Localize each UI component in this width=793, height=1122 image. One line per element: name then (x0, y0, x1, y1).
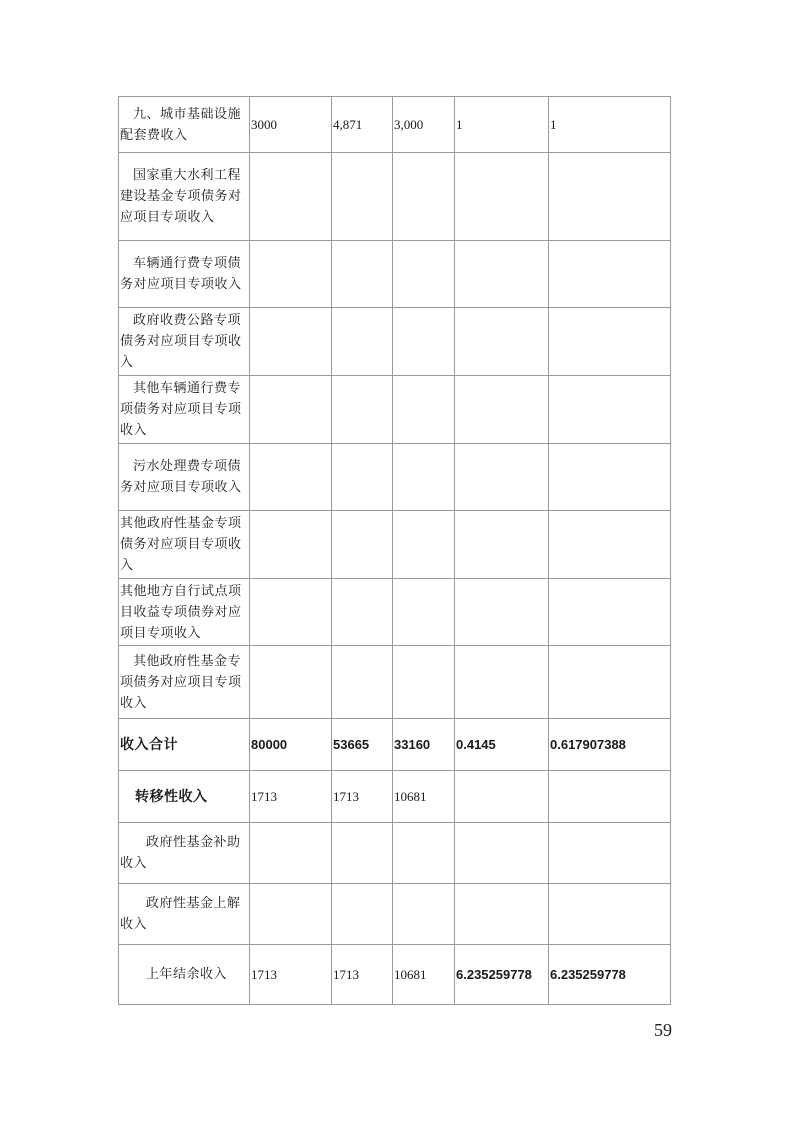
cell-col1 (250, 823, 332, 884)
cell-col2 (332, 511, 393, 579)
row-label: 其他车辆通行费专项债务对应项目专项收入 (119, 376, 250, 444)
cell-col1: 1713 (250, 945, 332, 1005)
cell-col3 (393, 511, 455, 579)
cell-col4 (455, 308, 549, 376)
table-row: 其他政府性基金专项债务对应项目专项收入 (119, 511, 671, 579)
cell-col3 (393, 153, 455, 241)
row-label: 污水处理费专项债务对应项目专项收入 (119, 444, 250, 511)
row-label: 九、城市基础设施配套费收入 (119, 97, 250, 153)
cell-col2: 4,871 (332, 97, 393, 153)
cell-col4 (455, 444, 549, 511)
table-row: 车辆通行费专项债务对应项目专项收入 (119, 241, 671, 308)
table-row: 上年结余收入 1713 1713 10681 6.235259778 6.235… (119, 945, 671, 1005)
cell-col4 (455, 241, 549, 308)
cell-col3 (393, 646, 455, 719)
cell-col1: 3000 (250, 97, 332, 153)
cell-col2: 1713 (332, 945, 393, 1005)
cell-col2 (332, 884, 393, 945)
page-number: 59 (654, 1020, 672, 1041)
cell-col5 (549, 376, 671, 444)
cell-col3: 10681 (393, 945, 455, 1005)
cell-col1: 1713 (250, 771, 332, 823)
cell-col3: 10681 (393, 771, 455, 823)
row-label: 政府性基金上解收入 (119, 884, 250, 945)
cell-col1 (250, 884, 332, 945)
cell-col5 (549, 823, 671, 884)
cell-col4 (455, 823, 549, 884)
table-row: 政府收费公路专项债务对应项目专项收入 (119, 308, 671, 376)
transfer-income-label: 转移性收入 (119, 771, 250, 823)
cell-col2 (332, 444, 393, 511)
total-col5: 0.617907388 (549, 719, 671, 771)
cell-col2: 1713 (332, 771, 393, 823)
cell-col5 (549, 308, 671, 376)
cell-col5: 1 (549, 97, 671, 153)
cell-col4 (455, 153, 549, 241)
cell-col4 (455, 511, 549, 579)
cell-col4 (455, 376, 549, 444)
table-row: 转移性收入 1713 1713 10681 (119, 771, 671, 823)
table-row: 政府性基金上解收入 (119, 884, 671, 945)
table-row: 政府性基金补助收入 (119, 823, 671, 884)
cell-col3 (393, 884, 455, 945)
total-col1: 80000 (250, 719, 332, 771)
cell-col3 (393, 823, 455, 884)
cell-col3: 3,000 (393, 97, 455, 153)
table-row: 国家重大水利工程建设基金专项债务对应项目专项收入 (119, 153, 671, 241)
cell-col4 (455, 884, 549, 945)
cell-col2 (332, 308, 393, 376)
row-label: 其他政府性基金专项债务对应项目专项收入 (119, 646, 250, 719)
cell-col4 (455, 579, 549, 646)
row-label: 上年结余收入 (119, 945, 250, 1005)
cell-col1 (250, 376, 332, 444)
table-row: 其他政府性基金专项债务对应项目专项收入 (119, 646, 671, 719)
cell-col1 (250, 579, 332, 646)
cell-col3 (393, 579, 455, 646)
cell-col1 (250, 646, 332, 719)
cell-col5 (549, 579, 671, 646)
cell-col2 (332, 646, 393, 719)
row-label: 政府收费公路专项债务对应项目专项收入 (119, 308, 250, 376)
cell-col3 (393, 308, 455, 376)
total-col4: 0.4145 (455, 719, 549, 771)
cell-col5 (549, 153, 671, 241)
revenue-table: 九、城市基础设施配套费收入 3000 4,871 3,000 1 1 国家重大水… (118, 96, 671, 1005)
total-col2: 53665 (332, 719, 393, 771)
cell-col5 (549, 646, 671, 719)
cell-col1 (250, 444, 332, 511)
cell-col3 (393, 376, 455, 444)
total-label: 收入合计 (119, 719, 250, 771)
cell-col5 (549, 511, 671, 579)
cell-col3 (393, 444, 455, 511)
table-row: 其他车辆通行费专项债务对应项目专项收入 (119, 376, 671, 444)
cell-col2 (332, 153, 393, 241)
row-label: 其他政府性基金专项债务对应项目专项收入 (119, 511, 250, 579)
table-row-total: 收入合计 80000 53665 33160 0.4145 0.61790738… (119, 719, 671, 771)
cell-col2 (332, 823, 393, 884)
cell-col5 (549, 241, 671, 308)
table-row: 污水处理费专项债务对应项目专项收入 (119, 444, 671, 511)
cell-col1 (250, 153, 332, 241)
row-label: 其他地方自行试点项目收益专项债券对应项目专项收入 (119, 579, 250, 646)
cell-col5 (549, 444, 671, 511)
cell-col1 (250, 511, 332, 579)
table-row: 其他地方自行试点项目收益专项债券对应项目专项收入 (119, 579, 671, 646)
cell-col5: 6.235259778 (549, 945, 671, 1005)
cell-col2 (332, 579, 393, 646)
cell-col4 (455, 771, 549, 823)
cell-col1 (250, 308, 332, 376)
cell-col2 (332, 376, 393, 444)
cell-col4 (455, 646, 549, 719)
cell-col5 (549, 884, 671, 945)
cell-col3 (393, 241, 455, 308)
cell-col2 (332, 241, 393, 308)
cell-col1 (250, 241, 332, 308)
table-row: 九、城市基础设施配套费收入 3000 4,871 3,000 1 1 (119, 97, 671, 153)
row-label: 政府性基金补助收入 (119, 823, 250, 884)
cell-col4: 6.235259778 (455, 945, 549, 1005)
total-col3: 33160 (393, 719, 455, 771)
row-label: 国家重大水利工程建设基金专项债务对应项目专项收入 (119, 153, 250, 241)
cell-col4: 1 (455, 97, 549, 153)
row-label: 车辆通行费专项债务对应项目专项收入 (119, 241, 250, 308)
cell-col5 (549, 771, 671, 823)
